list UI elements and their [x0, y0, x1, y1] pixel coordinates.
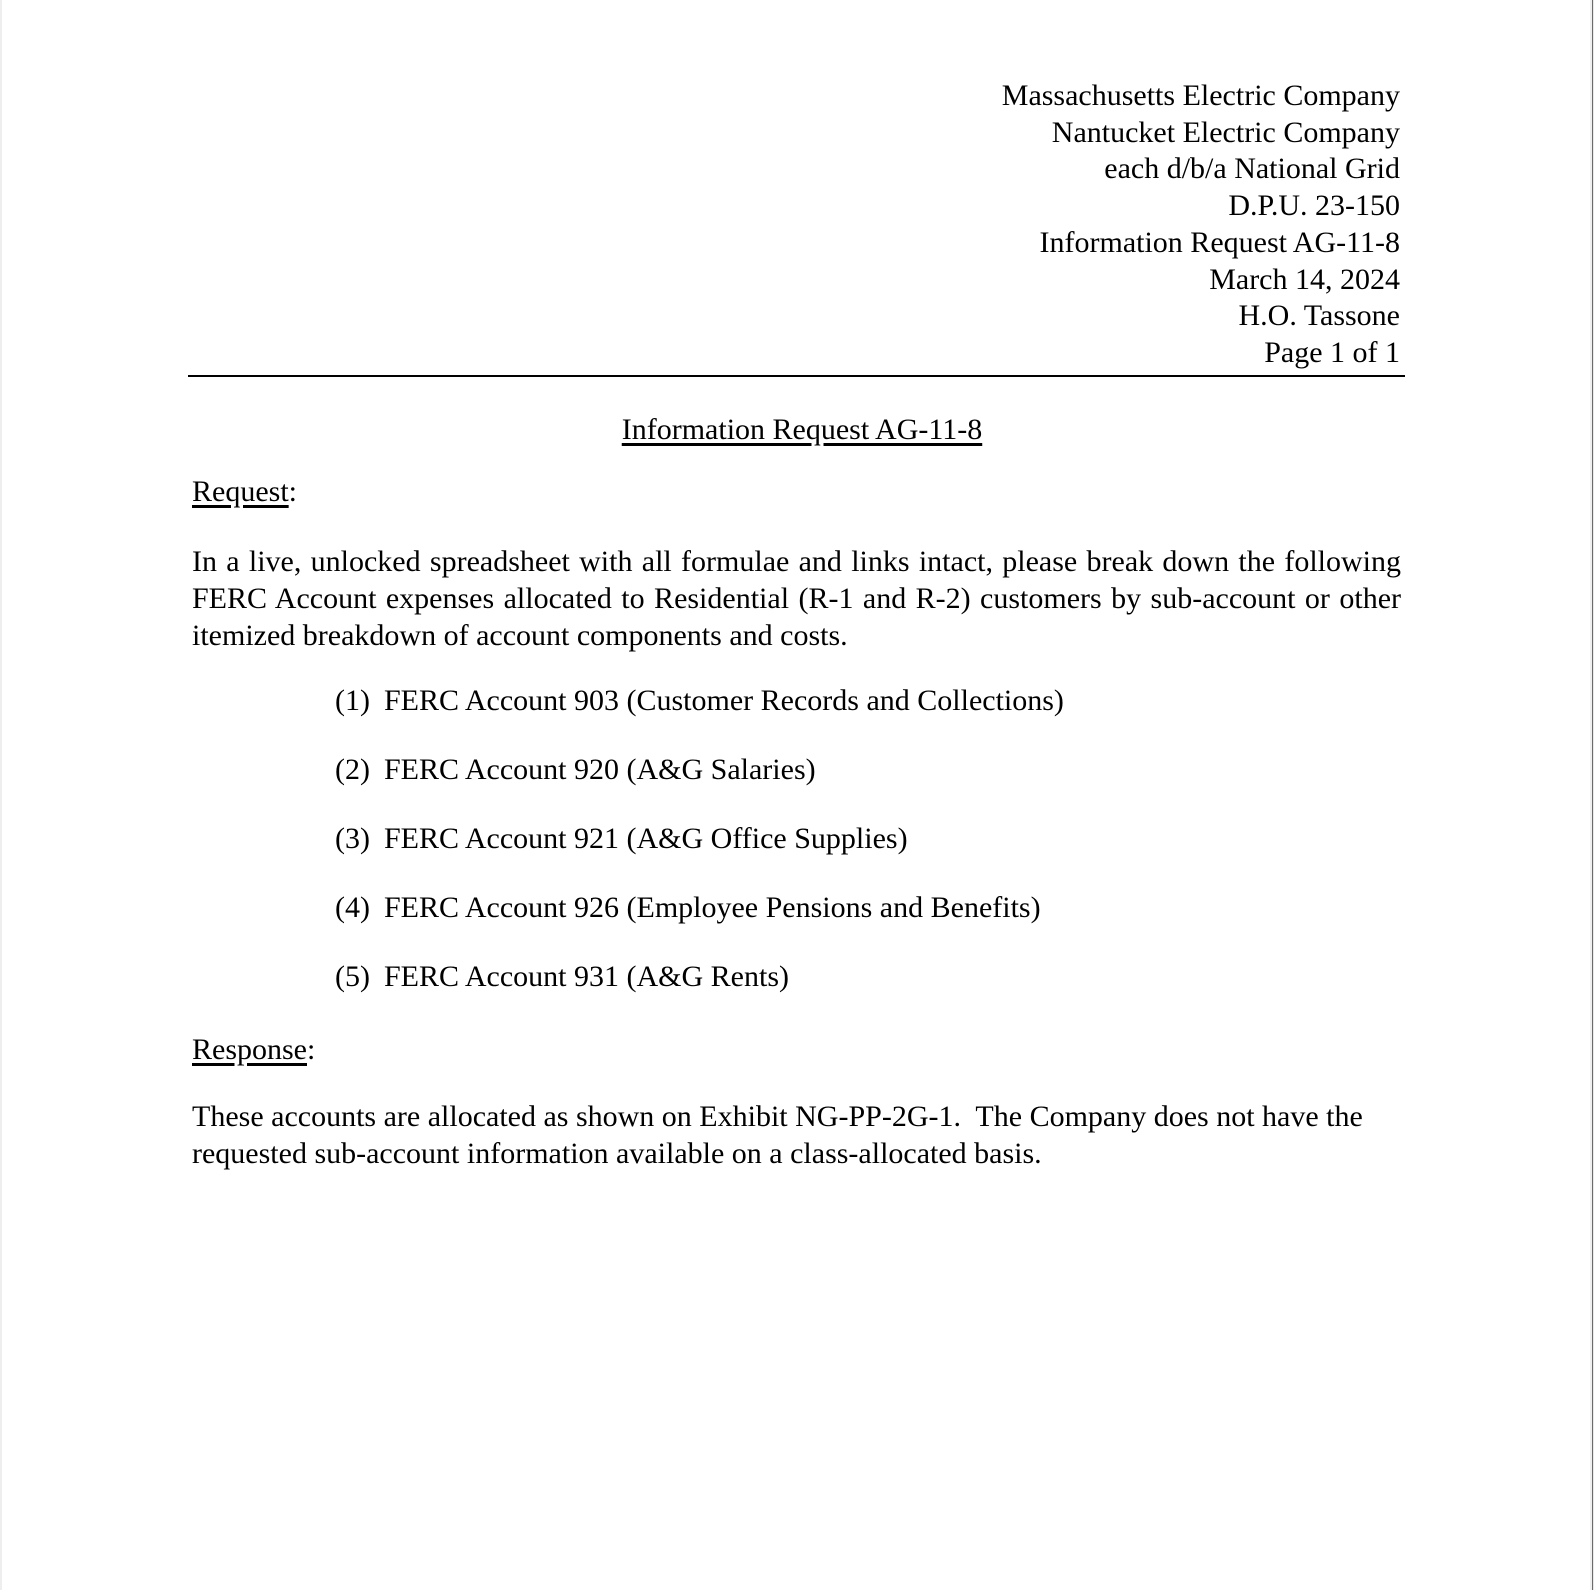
list-item: (3)FERC Account 921 (A&G Office Supplies… [335, 821, 1064, 890]
response-heading-text: Response [192, 1033, 307, 1066]
list-item-text: FERC Account 920 (A&G Salaries) [384, 753, 816, 786]
request-heading-colon: : [289, 475, 297, 508]
header-company-2: Nantucket Electric Company [1002, 115, 1400, 152]
document-page: Massachusetts Electric Company Nantucket… [0, 0, 1594, 1590]
header-dba: each d/b/a National Grid [1002, 151, 1400, 188]
list-item-number: (3) [335, 821, 384, 857]
document-header: Massachusetts Electric Company Nantucket… [1002, 78, 1400, 372]
header-divider [188, 375, 1405, 377]
list-item-text: FERC Account 931 (A&G Rents) [384, 960, 789, 993]
list-item-text: FERC Account 903 (Customer Records and C… [384, 684, 1064, 717]
header-request-id: Information Request AG-11-8 [1002, 225, 1400, 262]
document-title-text: Information Request AG-11-8 [622, 413, 982, 446]
list-item-number: (2) [335, 752, 384, 788]
header-page-number: Page 1 of 1 [1002, 335, 1400, 372]
response-heading: Response: [192, 1032, 315, 1068]
request-heading-text: Request [192, 475, 289, 508]
list-item-number: (1) [335, 683, 384, 719]
list-item: (5)FERC Account 931 (A&G Rents) [335, 959, 1064, 1028]
response-heading-colon: : [307, 1033, 315, 1066]
list-item-text: FERC Account 926 (Employee Pensions and … [384, 891, 1041, 924]
response-paragraph: These accounts are allocated as shown on… [192, 1099, 1401, 1173]
request-heading: Request: [192, 474, 297, 510]
list-item: (4)FERC Account 926 (Employee Pensions a… [335, 890, 1064, 959]
request-paragraph: In a live, unlocked spreadsheet with all… [192, 544, 1401, 654]
header-company-1: Massachusetts Electric Company [1002, 78, 1400, 115]
list-item-number: (5) [335, 959, 384, 995]
list-item: (1)FERC Account 903 (Customer Records an… [335, 683, 1064, 752]
ferc-account-list: (1)FERC Account 903 (Customer Records an… [335, 683, 1064, 1028]
header-date: March 14, 2024 [1002, 262, 1400, 299]
header-witness: H.O. Tassone [1002, 298, 1400, 335]
list-item-number: (4) [335, 890, 384, 926]
document-title: Information Request AG-11-8 [0, 412, 1594, 448]
list-item: (2)FERC Account 920 (A&G Salaries) [335, 752, 1064, 821]
list-item-text: FERC Account 921 (A&G Office Supplies) [384, 822, 908, 855]
header-docket: D.P.U. 23-150 [1002, 188, 1400, 225]
